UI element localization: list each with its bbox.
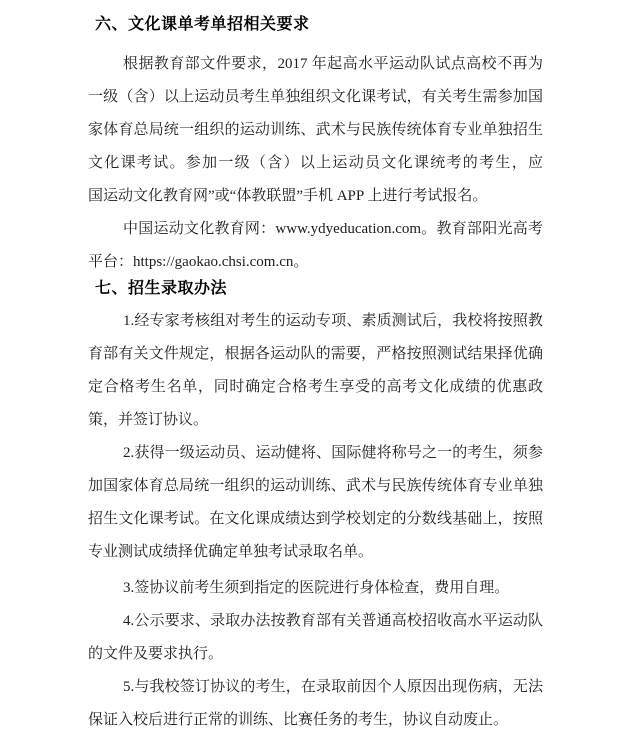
text-line: 1.经专家考核组对考生的运动专项、素质测试后，我校将按照教 [88, 305, 543, 338]
paragraph: 2.获得一级运动员、运动健将、国际健将称号之一的考生，须参加国家体育总局统一组织… [88, 437, 543, 569]
paragraph: 5.与我校签订协议的考生，在录取前因个人原因出现伤病，无法保证入校后进行正常的训… [88, 671, 543, 737]
text-line: 策，并签订协议。 [88, 404, 543, 437]
text-line: 家体育总局统一组织的运动训练、武术与民族传统体育专业单独招生 [88, 114, 543, 147]
text-line: 2.获得一级运动员、运动健将、国际健将称号之一的考生，须参 [88, 437, 543, 470]
text-line: 5.与我校签订协议的考生，在录取前因个人原因出现伤病，无法 [88, 671, 543, 704]
section-heading: 六、文化课单考单招相关要求 [88, 8, 543, 41]
text-line: 的文件及要求执行。 [88, 638, 543, 671]
paragraph: 中国运动文化教育网：www.ydyeducation.com。教育部阳光高考平台… [88, 213, 543, 279]
text-line: 中国运动文化教育网：www.ydyeducation.com。教育部阳光高考 [88, 213, 543, 246]
paragraph: 4.公示要求、录取办法按教育部有关普通高校招收高水平运动队的文件及要求执行。 [88, 605, 543, 671]
section-heading: 七、招生录取办法 [88, 272, 543, 305]
text-line: 4.公示要求、录取办法按教育部有关普通高校招收高水平运动队 [88, 605, 543, 638]
text-line: 国运动文化教育网”或“体教联盟”手机 APP 上进行考试报名。 [88, 180, 543, 213]
text-line: 一级（含）以上运动员考生单独组织文化课考试，有关考生需参加国 [88, 81, 543, 114]
paragraph: 根据教育部文件要求，2017 年起高水平运动队试点高校不再为一级（含）以上运动员… [88, 48, 543, 213]
text-line: 文化课考试。参加一级（含）以上运动员文化课统考的考生，应在“中 [88, 147, 543, 180]
text-line: 加国家体育总局统一组织的运动训练、武术与民族传统体育专业单独 [88, 470, 543, 503]
paragraph: 3.签协议前考生须到指定的医院进行身体检查，费用自理。 [88, 572, 543, 605]
text-line: 定合格考生名单，同时确定合格考生享受的高考文化成绩的优惠政 [88, 371, 543, 404]
text-line: 保证入校后进行正常的训练、比赛任务的考生，协议自动废止。 [88, 704, 543, 737]
document-content: 六、文化课单考单招相关要求根据教育部文件要求，2017 年起高水平运动队试点高校… [88, 8, 543, 737]
text-line: 招生文化课考试。在文化课成绩达到学校划定的分数线基础上，按照 [88, 503, 543, 536]
paragraph: 1.经专家考核组对考生的运动专项、素质测试后，我校将按照教育部有关文件规定，根据… [88, 305, 543, 437]
text-line: 育部有关文件规定，根据各运动队的需要，严格按照测试结果择优确 [88, 338, 543, 371]
text-line: 专业测试成绩择优确定单独考试录取名单。 [88, 536, 543, 569]
text-line: 根据教育部文件要求，2017 年起高水平运动队试点高校不再为 [88, 48, 543, 81]
document-page: { "page": { "background": "#ffffff", "te… [0, 0, 631, 741]
text-line: 3.签协议前考生须到指定的医院进行身体检查，费用自理。 [88, 572, 543, 605]
